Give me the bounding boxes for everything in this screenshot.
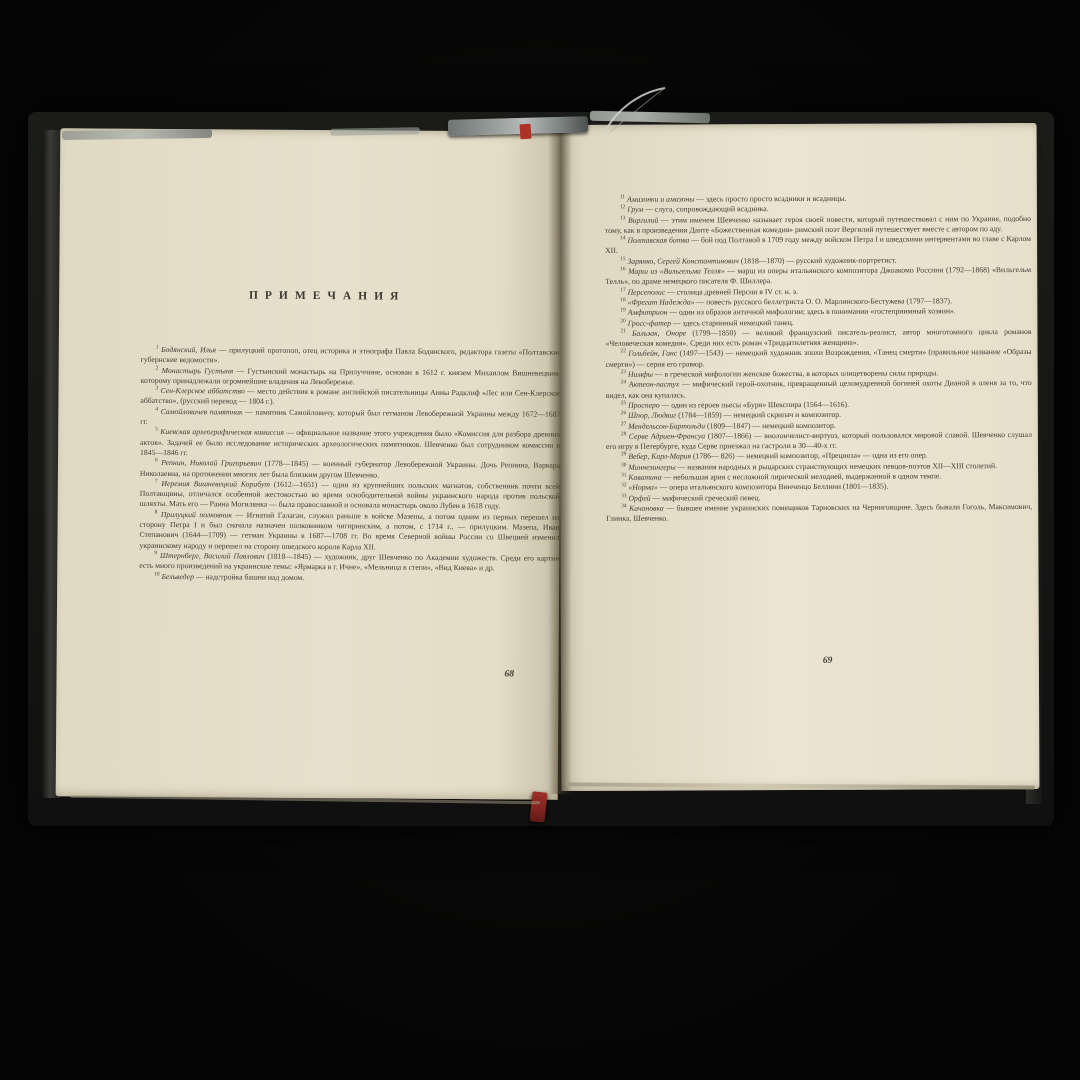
note-16: 16 Марш из «Вильгельма Телля» — марш из … — [605, 265, 1031, 287]
note-24: 24 Актеон-пастух — мифический герой-охот… — [606, 378, 1032, 400]
note-13: 13 Виргилий — этим именем Шевченко назыв… — [605, 214, 1031, 236]
note-7: 7 Иеремия Вишневецкий Корибут (1612—1651… — [140, 479, 560, 513]
left-page: ПРИМЕЧАНИЯ 1 Бодянский, Илья — прилуцкий… — [56, 128, 563, 799]
note-9: 9 Штернберг, Василий Павлович (1818—1845… — [139, 551, 559, 575]
page-number-right: 69 — [823, 656, 833, 666]
ribbon-bookmark-bottom — [529, 791, 547, 822]
right-page-notes: 11 Амазонки и амазоны — здесь просто про… — [605, 193, 1032, 524]
note-22: 22 Гольбейн, Ганс (1497—1543) — немецкий… — [606, 347, 1032, 369]
note-5: 5 Киевская археографическая комиссия — о… — [140, 427, 560, 461]
page-heading: ПРИМЕЧАНИЯ — [141, 289, 513, 304]
note-10: 10 Бельведер — надстройка башни над домо… — [139, 571, 559, 584]
note-34: 34 Качановка — бывшее имение украинских … — [606, 502, 1032, 524]
note-6: 6 Репнин, Николай Григорьевич (1778—1845… — [140, 458, 560, 482]
photo-background: ПРИМЕЧАНИЯ 1 Бодянский, Илья — прилуцкий… — [0, 0, 1080, 1080]
note-14: 14 Полтавская битва — бой под Полтавой в… — [605, 234, 1031, 256]
page-number-left: 68 — [505, 669, 515, 679]
note-21: 21 Бальзак, Оноре (1799—1850) — великий … — [605, 327, 1031, 349]
note-28: 28 Серве Адриен-Франсуа (1807—1866) — ви… — [606, 430, 1032, 452]
book-gutter-shadow — [548, 126, 572, 794]
left-page-notes: 1 Бодянский, Илья — прилуцкий протопоп, … — [139, 345, 561, 585]
ribbon-bookmark-top — [519, 124, 531, 140]
note-3: 3 Сен-Клерское аббатство — место действи… — [140, 386, 560, 410]
right-page: 11 Амазонки и амазоны — здесь просто про… — [559, 123, 1040, 791]
note-8: 8 Прилуцкий полковник — Игнатий Галаган,… — [139, 510, 559, 554]
loose-thread — [570, 82, 680, 142]
note-1: 1 Бодянский, Илья — прилуцкий протопоп, … — [141, 345, 561, 369]
